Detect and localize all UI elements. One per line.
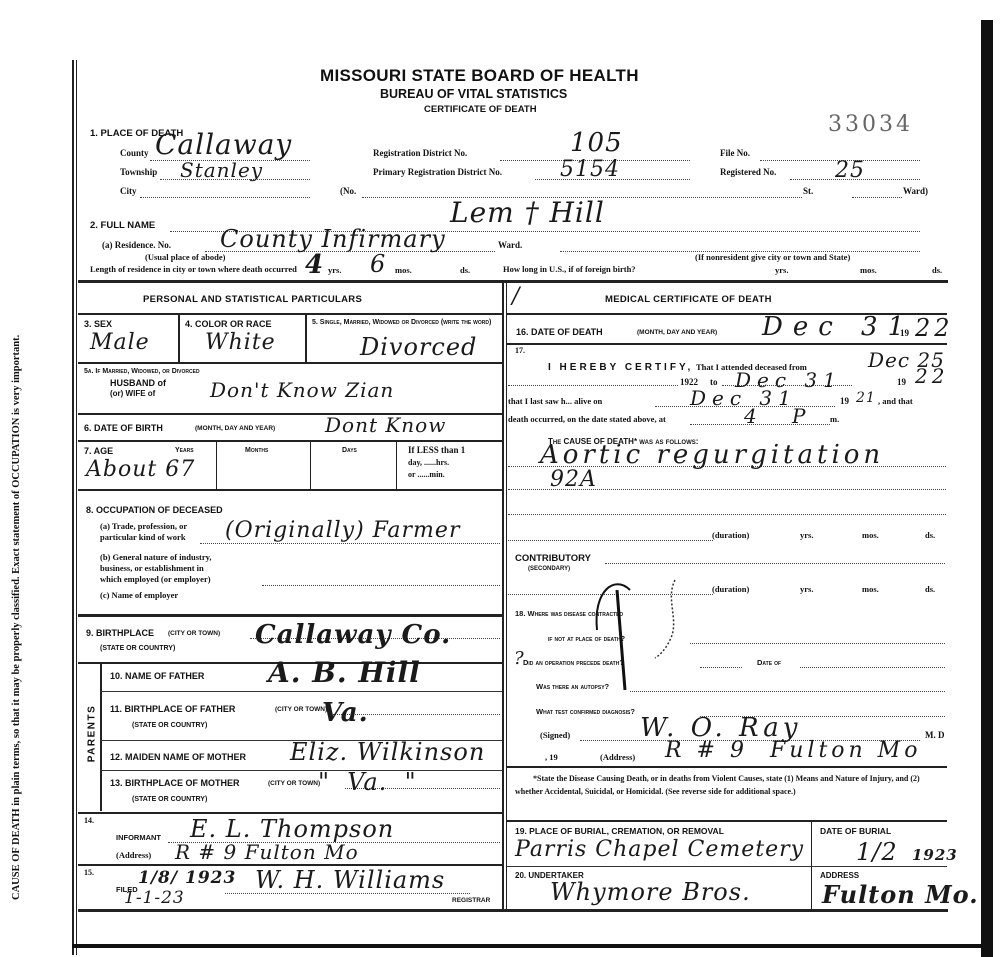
burial-date-label: DATE OF BURIAL bbox=[820, 826, 891, 836]
informant-value: E. L. Thompson bbox=[190, 815, 394, 843]
duration-ds-1: ds. bbox=[925, 530, 935, 540]
father-label: 10. NAME OF FATHER bbox=[110, 671, 204, 681]
margin-note-text: CAUSE OF DEATH in plain terms, so that i… bbox=[11, 130, 22, 900]
m-label: m. bbox=[830, 414, 839, 424]
physician-address-value: R # 9 Fulton Mo bbox=[665, 738, 921, 763]
reg-district-label: Registration District No. bbox=[373, 148, 467, 158]
county-label: County bbox=[120, 148, 149, 158]
to-year-value: 22 bbox=[915, 364, 948, 388]
year-19-label: , 19 bbox=[545, 752, 558, 762]
autopsy-line bbox=[630, 691, 945, 692]
st-label: St. bbox=[803, 186, 813, 196]
occ-a-value: (Originally) Farmer bbox=[225, 518, 460, 543]
registered-no-value: 25 bbox=[835, 158, 865, 183]
cause-line-3 bbox=[508, 514, 946, 515]
stamp-number: 33034 bbox=[828, 112, 913, 137]
spouse-label-a: 5a. If Married, Widowed, or Divorced bbox=[84, 368, 200, 375]
occurred-label: death occurred, on the date stated above… bbox=[508, 414, 666, 424]
divider bbox=[305, 314, 307, 362]
item-18-label: 18. Where was disease contracted bbox=[515, 609, 623, 618]
parents-label: PARENTS bbox=[87, 704, 98, 764]
and-that-label: , and that bbox=[878, 396, 913, 406]
township-value: Stanley bbox=[180, 158, 263, 182]
residence-value: County Infirmary bbox=[220, 225, 446, 253]
form-subtitle: BUREAU OF VITAL STATISTICS bbox=[380, 87, 567, 101]
rule bbox=[507, 766, 947, 768]
birthplace-label: 9. BIRTHPLACE bbox=[86, 628, 154, 638]
ward-line bbox=[852, 197, 902, 198]
us-mos-label: mos. bbox=[860, 265, 877, 275]
center-divider bbox=[502, 283, 504, 909]
cause-line-4 bbox=[508, 540, 713, 541]
mother-label: 12. MAIDEN NAME OF MOTHER bbox=[110, 752, 246, 762]
signed-label: (Signed) bbox=[540, 730, 570, 740]
rule bbox=[100, 691, 502, 692]
ward-label: Ward) bbox=[903, 186, 928, 196]
father-birth-value: Va. bbox=[322, 698, 369, 728]
last-saw-year-prefix: 19 bbox=[840, 396, 849, 406]
occ-b-line bbox=[262, 585, 500, 586]
divider bbox=[178, 314, 180, 362]
to-year-prefix: 19 bbox=[897, 377, 906, 387]
file-no-label: File No. bbox=[720, 148, 750, 158]
duration-yrs-2: yrs. bbox=[800, 584, 813, 594]
spouse-label-c: (or) WIFE of bbox=[110, 389, 155, 398]
informant-label: Informant bbox=[116, 833, 161, 842]
cause-value: Aortic regurgitation bbox=[540, 440, 884, 470]
duration-ds-2: ds. bbox=[925, 584, 935, 594]
us-ds-label: ds. bbox=[932, 265, 942, 275]
date-of-line bbox=[800, 667, 945, 668]
medical-check-mark: / bbox=[512, 284, 520, 309]
occ-c-label: (c) Name of employer bbox=[100, 590, 178, 600]
contributory-line bbox=[605, 563, 945, 564]
rule bbox=[507, 866, 947, 867]
operation-line bbox=[700, 667, 742, 668]
if-not-line bbox=[690, 643, 945, 644]
township-label: Township bbox=[120, 167, 157, 177]
marital-label: 5. Single, Married, Widowed or Divorced … bbox=[312, 318, 502, 327]
burial-address-value: Fulton Mo. bbox=[822, 880, 979, 909]
duration-mos-1: mos. bbox=[862, 530, 879, 540]
last-saw-year-value: 21 bbox=[856, 390, 876, 406]
operation-label: Did an operation precede death? bbox=[523, 658, 624, 667]
birthplace-sub1: (city or town) bbox=[168, 630, 220, 637]
dod-sub-label: (month, day and year) bbox=[637, 329, 717, 336]
sex-label: 3. SEX bbox=[84, 319, 112, 329]
rule bbox=[100, 770, 502, 771]
reg-district-value: 105 bbox=[570, 128, 623, 158]
rule bbox=[78, 614, 502, 617]
rule bbox=[78, 812, 502, 814]
divider bbox=[310, 441, 311, 489]
center-divider-2 bbox=[506, 283, 507, 909]
less-than-label: If LESS than 1 bbox=[408, 445, 465, 455]
physician-address-label: (Address) bbox=[600, 752, 635, 762]
county-value: Callaway bbox=[155, 128, 292, 161]
occurred-time: 4 bbox=[744, 404, 758, 428]
informant-address-label: (Address) bbox=[116, 850, 151, 860]
occ-b-label-1: (b) General nature of industry, bbox=[100, 552, 212, 562]
occ-a-line bbox=[200, 543, 500, 544]
question-mark: ? bbox=[514, 648, 525, 669]
sex-value: Male bbox=[90, 330, 150, 355]
informant-address-value: R # 9 Fulton Mo bbox=[175, 840, 359, 864]
if-not-label: if not at place of death? bbox=[548, 634, 625, 643]
occ-a-label-2: particular kind of work bbox=[100, 532, 186, 542]
rule bbox=[78, 362, 502, 364]
father-value: A. B. Hill bbox=[268, 656, 421, 689]
us-yrs-label: yrs. bbox=[775, 265, 788, 275]
divider bbox=[396, 441, 397, 489]
usual-place-note: (Usual place of abode) bbox=[145, 252, 226, 262]
less-day-label: day, ......hrs. bbox=[408, 458, 449, 467]
father-birth-sub2: (State or country) bbox=[132, 722, 207, 729]
burial-date-value: 1/2 bbox=[856, 838, 898, 866]
burial-place-label: 19. PLACE OF BURIAL, CREMATION, OR REMOV… bbox=[515, 826, 724, 836]
dob-value: Dont Know bbox=[325, 413, 446, 437]
md-label: M. D bbox=[925, 730, 945, 740]
filed-date-2: 1-1-23 bbox=[124, 888, 185, 908]
birthplace-sub2: (State or country) bbox=[100, 645, 175, 652]
duration-label-2: (duration) bbox=[712, 584, 749, 594]
length-mos-label: mos. bbox=[395, 265, 412, 275]
city-label: City bbox=[120, 186, 137, 196]
bottom-rule bbox=[78, 909, 948, 912]
primary-reg-value: 5154 bbox=[560, 157, 620, 182]
duration-label-1: (duration) bbox=[712, 530, 749, 540]
nonresident-note: (If nonresident give city or town and St… bbox=[695, 252, 850, 262]
dob-label: 6. DATE OF BIRTH bbox=[84, 423, 163, 433]
filed-num: 15. bbox=[84, 868, 94, 877]
rule bbox=[507, 343, 947, 345]
age-days-label: Days bbox=[342, 447, 357, 454]
rule bbox=[507, 820, 947, 822]
occurred-suffix: P bbox=[792, 404, 806, 428]
informant-num: 14. bbox=[84, 816, 94, 825]
race-label: 4. COLOR OR RACE bbox=[185, 319, 272, 329]
parents-divider bbox=[100, 663, 102, 811]
registered-no-label: Registered No. bbox=[720, 167, 776, 177]
left-border bbox=[72, 60, 74, 955]
mother-birth-value: " Va. " bbox=[318, 768, 417, 796]
street-no-label: (No. bbox=[340, 186, 356, 196]
medical-section-heading: MEDICAL CERTIFICATE OF DEATH bbox=[605, 294, 772, 305]
mother-birth-label: 13. BIRTHPLACE OF MOTHER bbox=[110, 778, 240, 788]
filed-date: 1/8/ 1923 bbox=[138, 868, 236, 888]
rule bbox=[78, 440, 502, 442]
residence-ward-label: Ward. bbox=[498, 240, 522, 250]
age-value: About 67 bbox=[86, 457, 195, 482]
test-label: What test confirmed diagnosis? bbox=[536, 707, 635, 716]
dod-value: Dec 31 bbox=[762, 312, 914, 342]
length-yrs-value: 4 bbox=[305, 250, 324, 280]
dod-label: 16. DATE OF DEATH bbox=[516, 327, 603, 337]
mother-birth-sub2: (State or country) bbox=[132, 796, 207, 803]
certify-label: I HEREBY CERTIFY, bbox=[548, 362, 693, 373]
margin-note: CAUSE OF DEATH in plain terms, so that i… bbox=[6, 130, 26, 900]
dod-year-value: 22 bbox=[915, 314, 954, 342]
divider bbox=[216, 441, 217, 489]
age-months-label: Months bbox=[245, 447, 268, 454]
occurred-line bbox=[690, 424, 830, 425]
burial-place-value: Parris Chapel Cemetery bbox=[515, 837, 804, 862]
primary-reg-label: Primary Registration District No. bbox=[373, 167, 502, 177]
divider bbox=[811, 821, 812, 909]
length-mos-value: 6 bbox=[370, 250, 386, 278]
cause-code: 92A bbox=[550, 467, 597, 492]
right-edge-bar bbox=[981, 20, 993, 957]
length-yrs-label: yrs. bbox=[328, 265, 341, 275]
full-name-value: Lem † Hill bbox=[450, 196, 605, 229]
father-birth-sub1: (city or town) bbox=[275, 706, 327, 713]
foreign-birth-label: How long in U.S., if of foreign birth? bbox=[503, 264, 636, 274]
occ-b-label-3: which employed (or employer) bbox=[100, 574, 211, 584]
bottom-edge bbox=[72, 944, 992, 948]
race-value: White bbox=[205, 330, 276, 355]
burial-date-year: 1923 bbox=[912, 846, 958, 864]
marital-value: Divorced bbox=[360, 333, 477, 361]
contributory-label: CONTRIBUTORY bbox=[515, 553, 591, 564]
undertaker-value: Whymore Bros. bbox=[550, 878, 751, 906]
occupation-label: 8. OCCUPATION OF DECEASED bbox=[86, 505, 223, 515]
mother-birth-sub1: (city or town) bbox=[268, 780, 320, 787]
occ-a-label-1: (a) Trade, profession, or bbox=[100, 521, 187, 531]
burial-address-label: ADDRESS bbox=[820, 871, 859, 880]
length-ds-label: ds. bbox=[460, 265, 470, 275]
less-or-label: or ......min. bbox=[408, 470, 445, 479]
spouse-label-b: HUSBAND of bbox=[110, 378, 166, 388]
registrar-signature: W. H. Williams bbox=[255, 866, 445, 894]
header-rule bbox=[78, 280, 948, 283]
full-name-label: 2. FULL NAME bbox=[90, 220, 155, 231]
autopsy-label: Was there an autopsy? bbox=[536, 682, 609, 691]
personal-section-heading: PERSONAL AND STATISTICAL PARTICULARS bbox=[143, 294, 362, 305]
length-residence-label: Length of residence in city or town wher… bbox=[90, 264, 297, 274]
occ-b-label-2: business, or establishment in bbox=[100, 563, 204, 573]
spouse-value: Don't Know Zian bbox=[210, 378, 394, 402]
dob-sub-label: (month, day and year) bbox=[195, 425, 275, 432]
duration-yrs-1: yrs. bbox=[800, 530, 813, 540]
registrar-label: Registrar bbox=[452, 897, 490, 904]
last-saw-label: that I last saw h... alive on bbox=[508, 396, 602, 406]
age-years-label: Years bbox=[175, 447, 194, 454]
form-name: CERTIFICATE OF DEATH bbox=[424, 104, 537, 115]
contributory-sub: (SECONDARY) bbox=[528, 566, 570, 572]
from-line bbox=[508, 385, 678, 386]
footnote: *State the Disease Causing Death, or in … bbox=[515, 772, 945, 798]
city-line bbox=[140, 197, 310, 198]
mother-value: Eliz. Wilkinson bbox=[290, 738, 485, 766]
birthplace-value: Callaway Co. bbox=[255, 620, 451, 650]
rule bbox=[78, 313, 502, 315]
residence-label: (a) Residence. No. bbox=[102, 240, 171, 250]
left-border-inner bbox=[76, 60, 77, 955]
age-label: 7. AGE bbox=[84, 446, 113, 456]
item-17: 17. bbox=[515, 346, 525, 355]
dod-year-prefix: 19 bbox=[900, 328, 909, 338]
date-of-label: Date of bbox=[757, 658, 781, 667]
rule bbox=[78, 489, 502, 491]
father-birth-label: 11. BIRTHPLACE OF FATHER bbox=[110, 704, 235, 714]
handwritten-scribble bbox=[585, 570, 695, 690]
form-title: MISSOURI STATE BOARD OF HEALTH bbox=[320, 66, 639, 86]
duration-mos-2: mos. bbox=[862, 584, 879, 594]
